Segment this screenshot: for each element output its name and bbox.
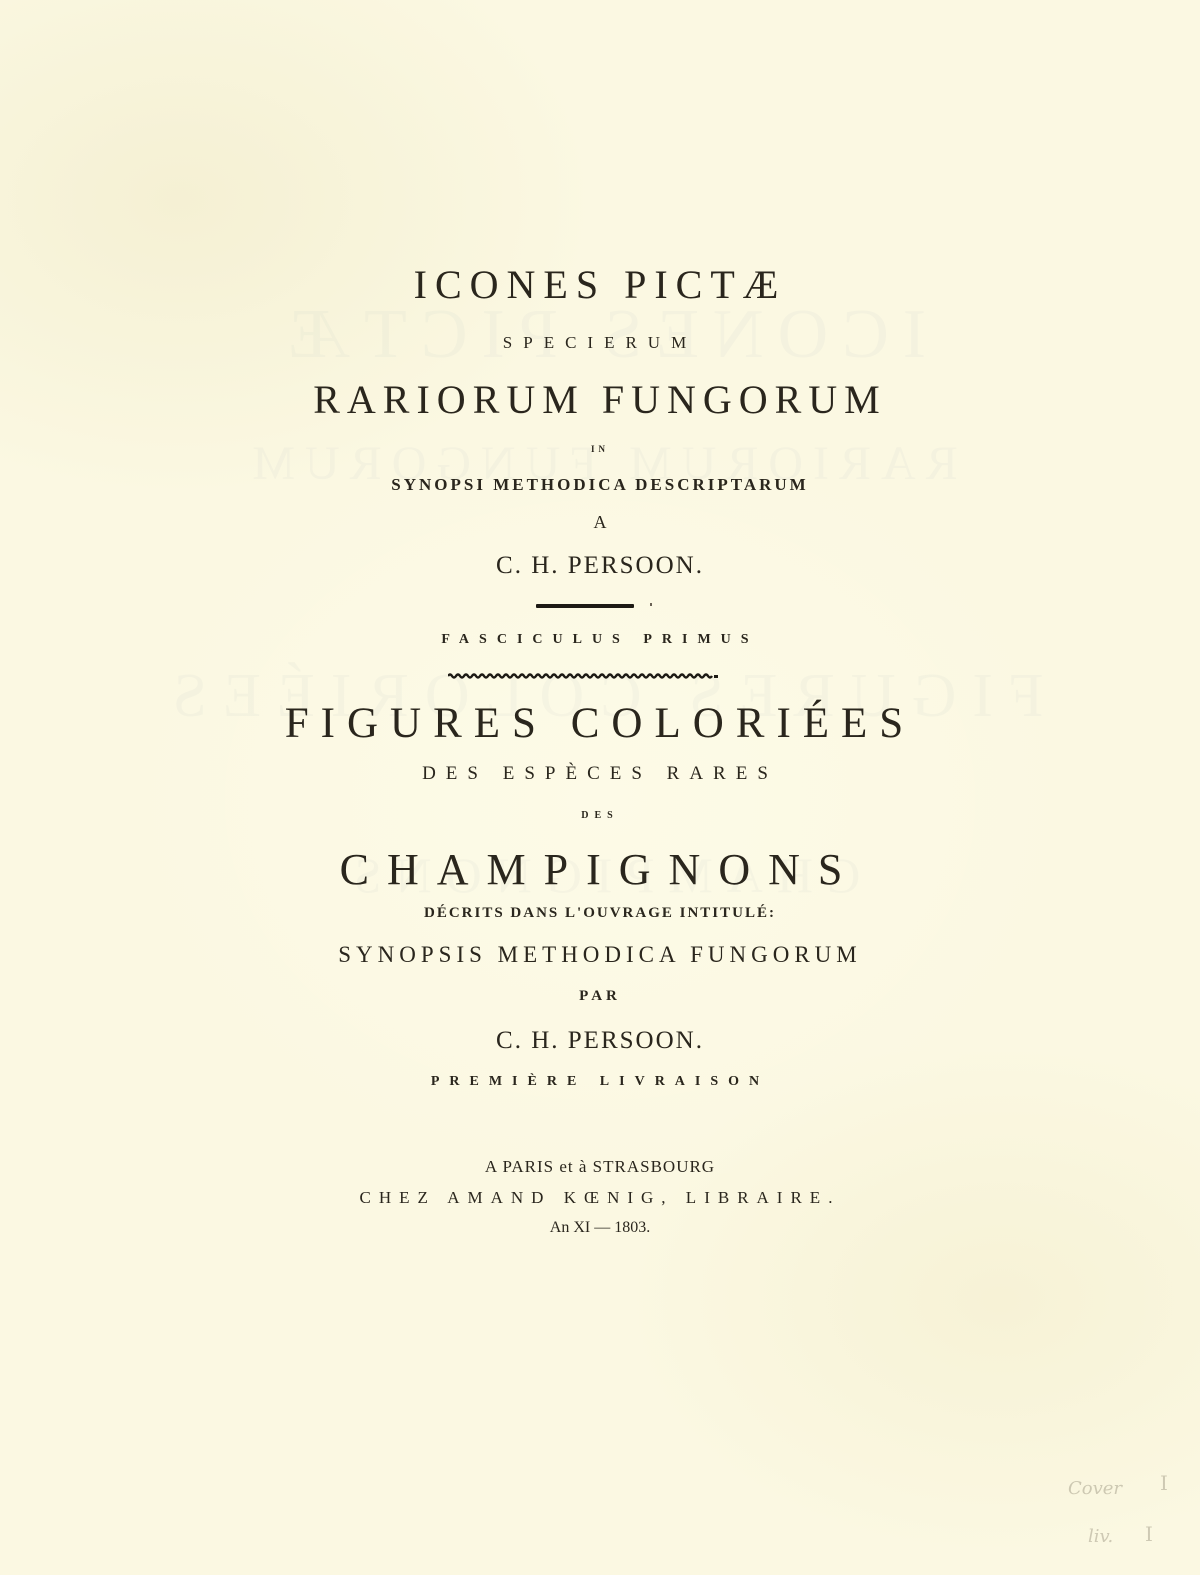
- title-figures-coloriees: FIGURES COLORIÉES: [0, 702, 1200, 745]
- rule-dot-mark: [650, 603, 652, 606]
- pencil-note-cover: Cover: [1068, 1480, 1122, 1498]
- text-synopsis-methodica-fungorum: SYNOPSIS METHODICA FUNGORUM: [0, 943, 1200, 966]
- title-icones-pictae: ICONES PICTÆ: [0, 265, 1200, 305]
- author-french: C. H. PERSOON.: [0, 1028, 1200, 1053]
- pencil-mark: I: [1160, 1473, 1168, 1493]
- title-rariorum-fungorum: RARIORUM FUNGORUM: [0, 380, 1200, 420]
- pencil-mark: I: [1145, 1524, 1153, 1544]
- subtitle-specierum: SPECIERUM: [0, 334, 1200, 351]
- author-latin: C. H. PERSOON.: [0, 553, 1200, 578]
- imprint-date: An XI — 1803.: [0, 1220, 1200, 1236]
- subtitle-especes-rares: DES ESPÈCES RARES: [0, 764, 1200, 783]
- text-in: IN: [0, 445, 1200, 454]
- title-champignons: CHAMPIGNONS: [0, 848, 1200, 892]
- fascicle-label: FASCICULUS PRIMUS: [0, 633, 1200, 647]
- installment-label: PREMIÈRE LIVRAISON: [0, 1075, 1200, 1089]
- title-page: ICONES PICTÆ RARIORUM FUNGORUM FIGURES C…: [0, 0, 1200, 1575]
- solid-rule-divider: [536, 604, 634, 608]
- text-par: PAR: [0, 989, 1200, 1004]
- text-decrits-dans: DÉCRITS DANS L'OUVRAGE INTITULÉ:: [0, 906, 1200, 921]
- text-des: DES: [0, 811, 1200, 821]
- imprint-place: A PARIS et à STRASBOURG: [0, 1158, 1200, 1175]
- wavy-rule-divider: [448, 673, 720, 679]
- imprint-publisher: CHEZ AMAND KŒNIG, LIBRAIRE.: [0, 1189, 1200, 1206]
- pencil-note-liv: liv.: [1088, 1528, 1113, 1546]
- text-synopsi-methodica: SYNOPSI METHODICA DESCRIPTARUM: [0, 476, 1200, 493]
- text-a: A: [0, 513, 1200, 531]
